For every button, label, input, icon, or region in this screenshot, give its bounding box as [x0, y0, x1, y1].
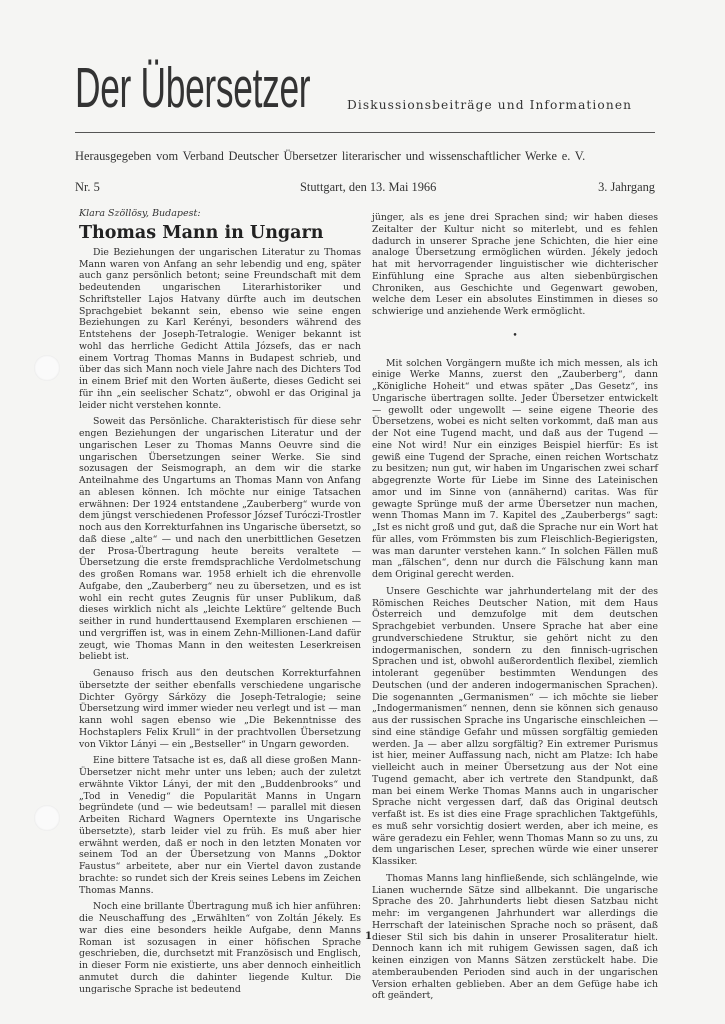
newsletter-page: Der Übersetzer Diskussionsbeiträge und I… [0, 0, 725, 1024]
paragraph: Soweit das Persönliche. Charakteristisch… [79, 416, 361, 663]
masthead-subtitle: Diskussionsbeiträge und Informationen [347, 98, 632, 112]
paragraph: Thomas Manns lang hinfließende, sich sch… [372, 873, 658, 1002]
article-title: Thomas Mann in Ungarn [79, 223, 361, 243]
paragraph: Die Beziehungen der ungarischen Literatu… [79, 247, 361, 412]
paragraph: Unsere Geschichte war jahrhundertelang m… [372, 586, 658, 868]
paragraph: Eine bittere Tatsache ist es, daß all di… [79, 755, 361, 896]
section-separator: • [372, 331, 658, 343]
paragraph-continuation: jünger, als es jene drei Sprachen sind; … [372, 212, 658, 318]
article-right-column: jünger, als es jene drei Sprachen sind; … [372, 212, 658, 1007]
masthead-title: Der Übersetzer [75, 58, 310, 118]
punch-hole [34, 805, 60, 831]
paragraph: Mit solchen Vorgängern mußte ich mich me… [372, 358, 658, 581]
page-number: 1 [365, 931, 372, 942]
publisher-line: Herausgegeben vom Verband Deutscher Über… [75, 149, 675, 164]
issue-number: Nr. 5 [75, 180, 100, 195]
punch-hole [34, 355, 60, 381]
masthead-rule [75, 132, 655, 133]
article-left-column: Klara Szöllösy, Budapest: Thomas Mann in… [79, 208, 361, 1000]
paragraph: Noch eine brillante Übertragung muß ich … [79, 901, 361, 995]
place-date: Stuttgart, den 13. Mai 1966 [300, 180, 436, 195]
paragraph: Genauso frisch aus den deutschen Korrekt… [79, 668, 361, 750]
article-author: Klara Szöllösy, Budapest: [79, 208, 361, 220]
volume: 3. Jahrgang [598, 180, 655, 195]
